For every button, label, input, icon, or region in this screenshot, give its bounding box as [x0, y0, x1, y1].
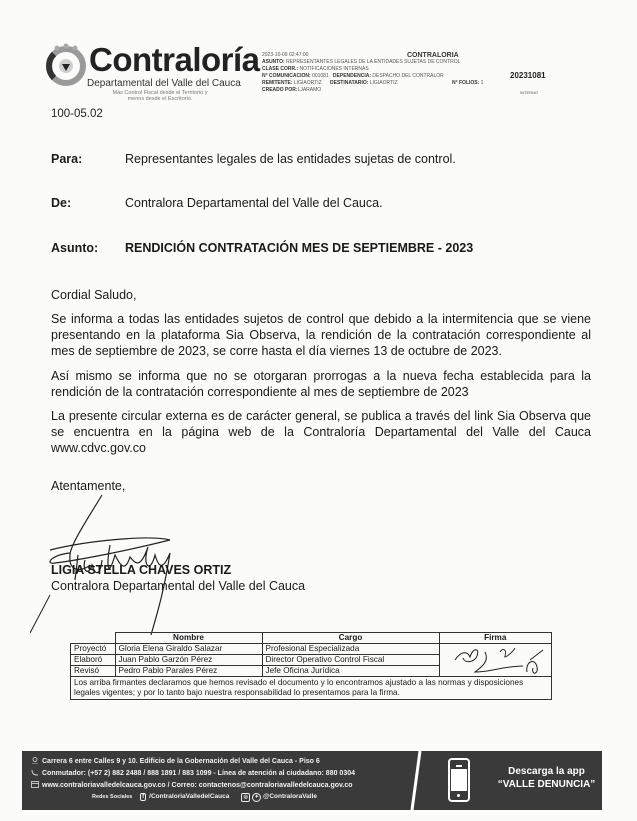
stamp-clase: NOTIFICACIONES INTERNAS — [300, 66, 369, 72]
logo-motto: Más Control Fiscal desde el Territorio y… — [110, 90, 210, 102]
logo-wordmark: Contraloría — [89, 42, 260, 78]
app-line1: Descarga la app — [489, 766, 604, 777]
stamp-creado: LJARAMO — [298, 87, 322, 93]
row-name: Juan Pablo Garzón Pérez — [115, 655, 262, 666]
header-cargo: Cargo — [262, 633, 439, 644]
facebook-icon: f — [140, 793, 146, 801]
document-code: 100-05.02 — [51, 108, 103, 120]
stamp-folios-label: N° FOLIOS: — [452, 80, 479, 86]
stamp-dependencia: DESPACHO DEL CONTRALOR — [372, 73, 443, 79]
stamp-dependencia-label: DEPENDENCIA: — [333, 73, 371, 79]
stamp-asunto-label: ASUNTO: — [262, 59, 285, 65]
para-value: Representantes legales de las entidades … — [125, 152, 456, 166]
stamp-folios: 1 — [481, 80, 484, 86]
row-cargo: Profesional Especializada — [262, 644, 439, 655]
de-label: De: — [51, 196, 71, 210]
row-cargo: Director Operativo Control Fiscal — [262, 655, 439, 666]
web-icon — [31, 781, 39, 788]
facebook-handle[interactable]: /ContraloriaValledelCauca — [149, 793, 229, 800]
table-row: Proyectó Gloria Elena Giraldo Salazar Pr… — [71, 644, 552, 655]
greeting: Cordial Saludo, — [51, 287, 591, 303]
asunto-label: Asunto: — [51, 241, 98, 255]
declaration-text: Los arriba firmantes declaramos que hemo… — [71, 677, 552, 700]
social-label: Redes Sociales — [92, 794, 132, 800]
divider-slash — [410, 751, 422, 810]
stamp-destinatario: LIGIAORTIZ — [370, 80, 398, 86]
handwritten-signature-icon — [30, 485, 230, 635]
body-paragraph: Así mismo se informa que no se otorgaran… — [51, 368, 591, 400]
body-paragraph: La presente circular externa es de carác… — [51, 408, 591, 456]
app-name: “VALLE DENUNCIA” — [484, 779, 609, 790]
app-download-promo[interactable]: Descarga la app “VALLE DENUNCIA” — [442, 751, 602, 810]
de-value: Contralora Departamental del Valle del C… — [125, 196, 383, 210]
phone-icon — [31, 769, 39, 776]
row-role: Elaboró — [71, 655, 116, 666]
stamp-comunicacion-label: N° COMUNICACION: — [262, 73, 311, 79]
stamp-tag: INTERNO — [520, 89, 538, 96]
signer-name: LIGIA STELLA CHAVES ORTIZ — [51, 563, 231, 577]
logo-emblem-icon — [44, 42, 92, 86]
stamp-comunicacion: 001081 — [312, 73, 329, 79]
approvals-table: Nombre Cargo Firma Proyectó Gloria Elena… — [70, 632, 552, 700]
stamp-radicado-number: 20231081 — [510, 72, 546, 79]
logo-subtitle: Departamental del Valle del Cauca — [87, 78, 241, 89]
instagram-icon: ◎ — [241, 793, 250, 802]
stamp-destinatario-label: DESTINATARIO: — [330, 80, 368, 86]
row-role: Revisó — [71, 666, 116, 677]
footer-phones: Conmutador: (+57 2) 882 2488 / 888 1891 … — [42, 770, 355, 777]
row-name: Gloria Elena Giraldo Salazar — [115, 644, 262, 655]
twitter-icon: ✦ — [252, 793, 261, 802]
asunto-value: RENDICIÓN CONTRATACIÓN MES DE SEPTIEMBRE… — [125, 241, 473, 255]
stamp-remitente-label: REMITENTE: — [262, 80, 293, 86]
footer-banner: Carrera 6 entre Calles 9 y 10. Edificio … — [22, 751, 602, 810]
radicado-stamp: 2023-10-09 02:47:00 CONTRALORIA ASUNTO: … — [262, 52, 552, 97]
location-icon — [31, 757, 39, 764]
stamp-remitente: LIGIAORTIZ — [294, 80, 322, 86]
smartphone-icon — [448, 758, 470, 802]
para-label: Para: — [51, 152, 82, 166]
initials-cell — [439, 644, 552, 677]
signer-title: Contralora Departamental del Valle del C… — [51, 579, 305, 593]
stamp-clase-label: CLASE CORR.: — [262, 66, 298, 72]
initials-signature-icon — [445, 642, 555, 676]
footer-web[interactable]: www.contraloriavalledelcauca.gov.co / Co… — [42, 782, 353, 789]
stamp-entity: CONTRALORIA — [407, 52, 459, 59]
row-cargo: Jefe Oficina Jurídica — [262, 666, 439, 677]
stamp-asunto: REPRESENTANTES LEGALES DE LA ENTIDADES S… — [286, 59, 460, 65]
footer-contact: Carrera 6 entre Calles 9 y 10. Edificio … — [22, 751, 412, 810]
twitter-handle[interactable]: @ContraloraValle — [263, 793, 317, 800]
contraloria-logo: Contraloría Departamental del Valle del … — [44, 42, 244, 102]
row-role: Proyectó — [71, 644, 116, 655]
footer-address: Carrera 6 entre Calles 9 y 10. Edificio … — [42, 758, 320, 765]
header-nombre: Nombre — [115, 633, 262, 644]
stamp-creado-label: CREADO POR: — [262, 87, 298, 93]
row-name: Pedro Pablo Parales Pérez — [115, 666, 262, 677]
body-paragraph: Se informa a todas las entidades sujetos… — [51, 311, 591, 359]
